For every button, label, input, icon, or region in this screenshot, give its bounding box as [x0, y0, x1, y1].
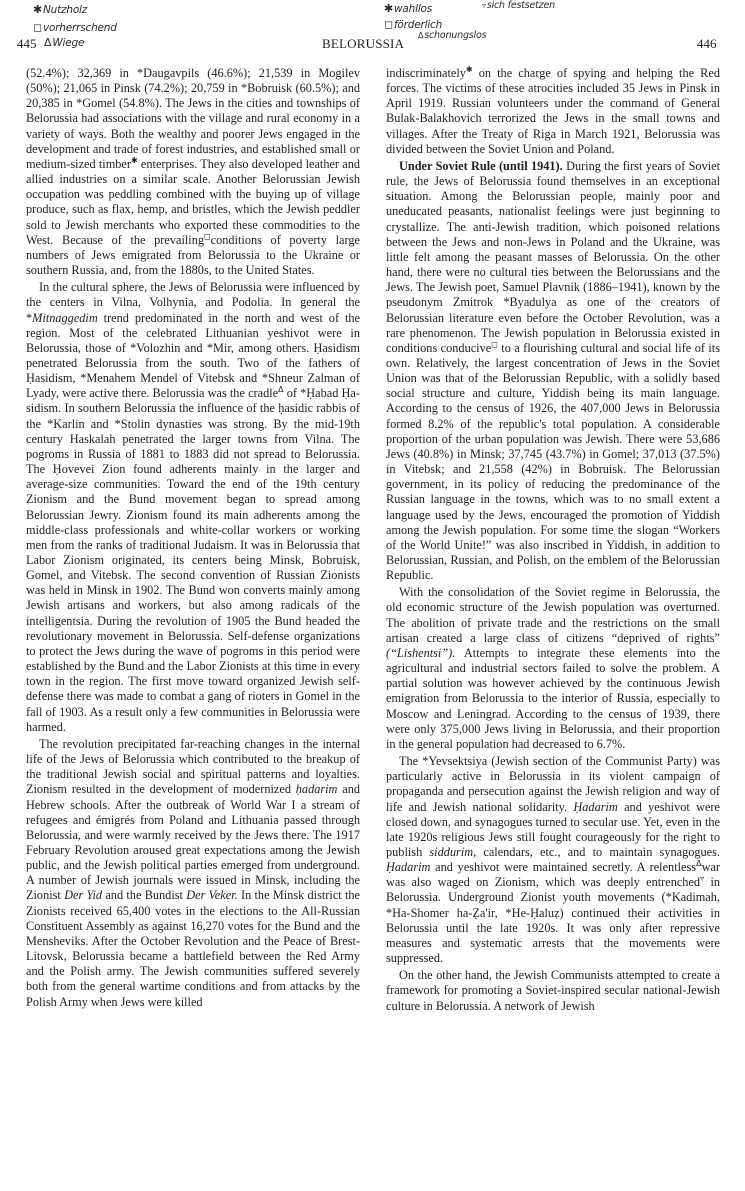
paragraph-economy: (52.4%); 32,369 in *Daugavpils (46.6%); … [26, 66, 360, 278]
handwritten-note-schonungslos: Δschonungslos [418, 30, 486, 41]
paragraph-atrocities: indiscriminately✱ on the charge of spyin… [386, 66, 720, 157]
handwritten-note-nutzholz: ✱Nutzholz [33, 3, 87, 16]
paragraph-revolution: The revolution precipitated far-reaching… [26, 737, 360, 1010]
paragraph-soviet-rule: Under Soviet Rule (until 1941). During t… [386, 159, 720, 583]
square-mark-icon: ◻ [491, 340, 498, 349]
left-column: (52.4%); 32,369 in *Daugavpils (46.6%); … [26, 66, 360, 1010]
paragraph-yevsektsiya: The *Yevsektsiya (Jewish section of the … [386, 754, 720, 966]
triangle-mark-icon: Δ [418, 31, 423, 40]
asterisk-mark-icon: ✱ [466, 65, 473, 74]
page-number-right: 446 [697, 36, 717, 52]
triangle-mark-icon: Δ [44, 36, 51, 49]
square-mark-icon: ◻ [33, 21, 42, 34]
handwritten-note-vorherrschend: ◻vorherrschend [33, 21, 117, 34]
handwritten-note-sich-festsetzen: ▿sich festsetzen [482, 0, 555, 11]
page-title: BELORUSSIA [322, 36, 404, 52]
handwritten-note-wahllos: ✱wahllos [384, 2, 432, 15]
square-mark-icon: ◻ [384, 18, 393, 31]
asterisk-mark-icon: ✱ [131, 156, 138, 165]
asterisk-mark-icon: ✱ [33, 3, 42, 16]
handwritten-note-wiege: ΔWiege [44, 36, 84, 49]
section-heading: Under Soviet Rule (until 1941). [399, 159, 563, 173]
paragraph-consolidation: With the consolidation of the Soviet reg… [386, 585, 720, 752]
pin-mark-icon: ▿ [482, 1, 486, 10]
paragraph-jewish-communists: On the other hand, the Jewish Communists… [386, 968, 720, 1013]
right-column: indiscriminately✱ on the charge of spyin… [386, 66, 720, 1014]
paragraph-culture: In the cultural sphere, the Jews of Belo… [26, 280, 360, 735]
asterisk-mark-icon: ✱ [384, 2, 393, 15]
running-header: 445 ΔWiege BELORUSSIA Δschonungslos 446 [0, 36, 745, 56]
page-number-left: 445 [17, 36, 37, 52]
square-mark-icon: ◻ [204, 232, 211, 241]
